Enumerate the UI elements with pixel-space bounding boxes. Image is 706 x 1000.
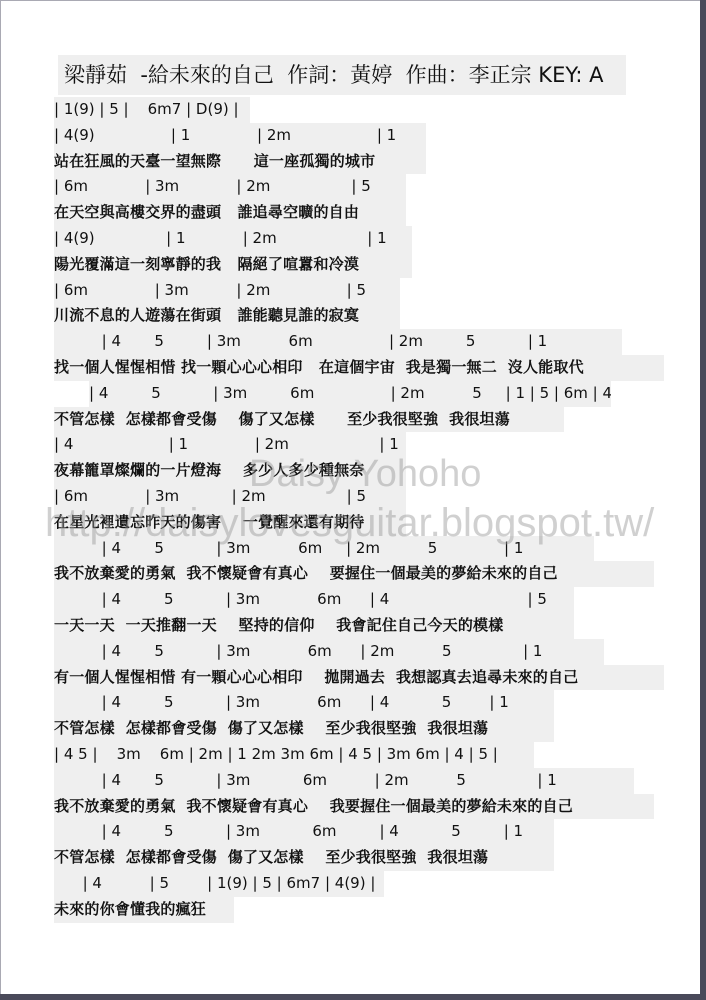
chord-line: | 4 | 1 | 2m | 1 [54, 432, 406, 458]
chord-line: | 4 5 | 3m 6m | 2m 5 | 1 [54, 768, 634, 794]
lyric-line: 不管怎樣 怎樣都會受傷 傷了又怎樣 至少我很堅強 我很坦蕩 [54, 407, 564, 433]
lyric-line: 夜幕籠罩燦爛的一片燈海 多少人多少種無奈 [54, 458, 406, 484]
lyric-line: 我不放棄愛的勇氣 我不懷疑會有真心 我要握住一個最美的夢給未來的自己 [54, 794, 654, 820]
chord-line: | 4(9) | 1 | 2m | 1 [54, 123, 426, 149]
chord-sheet: | 1(9) | 5 | 6m7 | D(9) || 4(9) | 1 | 2m… [54, 97, 664, 923]
chord-line: | 4 5 | 3m 6m | 4 5 | 1 [54, 690, 554, 716]
lyric-line: 找一個人惺惺相惜 找一顆心心心相印 在這個宇宙 我是獨一無二 沒人能取代 [54, 355, 664, 381]
chord-line: | 4 5 | 3m 6m | 2m 5 | 1 [54, 536, 594, 562]
lyric-line: 在天空與高樓交界的盡頭 誰追尋空曠的自由 [54, 200, 406, 226]
document-page: 梁靜茹 -給未來的自己 作詞：黃婷 作曲：李正宗 KEY: A | 1(9) |… [0, 0, 700, 994]
page-shadow-bottom [0, 994, 706, 1000]
chord-line: | 4 5 | 3m 6m | 4 | 5 [54, 587, 574, 613]
lyric-line: 一天一天 一天推翻一天 堅持的信仰 我會記住自己今天的模樣 [54, 613, 574, 639]
chord-line: | 4 5 | 3m 6m | 2m 5 | 1 | 5 | 6m | 4 [89, 381, 611, 407]
lyric-line: 陽光覆滿這一刻寧靜的我 隔絕了喧囂和冷漠 [54, 252, 412, 278]
chord-line: | 1(9) | 5 | 6m7 | D(9) | [54, 97, 250, 123]
lyric-line: 川流不息的人遊蕩在街頭 誰能聽見誰的寂寞 [54, 303, 400, 329]
chord-line: | 6m | 3m | 2m | 5 [54, 484, 406, 510]
lyric-line: 有一個人惺惺相惜 有一顆心心心相印 拋開過去 我想認真去追尋未來的自己 [54, 665, 664, 691]
lyric-line: 不管怎樣 怎樣都會受傷 傷了又怎樣 至少我很堅強 我很坦蕩 [54, 845, 554, 871]
chord-line: | 4 5 | 3m 6m | 2m 5 | 1 [54, 329, 622, 355]
song-title: 梁靜茹 -給未來的自己 作詞：黃婷 作曲：李正宗 KEY: A [58, 55, 626, 95]
chord-line: | 4 5 | 3m 6m | 2m | 1 2m 3m 6m | 4 5 | … [54, 742, 534, 768]
chord-line: | 4(9) | 1 | 2m | 1 [54, 226, 412, 252]
lyric-line: 在星光裡遺忘昨天的傷害 一覺醒來還有期待 [54, 510, 406, 536]
lyric-line: 不管怎樣 怎樣都會受傷 傷了又怎樣 至少我很堅強 我很坦蕩 [54, 716, 554, 742]
chord-line: | 4 5 | 3m 6m | 4 5 | 1 [54, 819, 554, 845]
lyric-line: 未來的你會懂我的瘋狂 [54, 897, 234, 923]
lyric-line: 站在狂風的天臺一望無際 這一座孤獨的城市 [54, 149, 426, 175]
chord-line: | 4 | 5 | 1(9) | 5 | 6m7 | 4(9) | [54, 871, 384, 897]
page-shadow-right [700, 0, 706, 1000]
chord-line: | 4 5 | 3m 6m | 2m 5 | 1 [54, 639, 604, 665]
lyric-line: 我不放棄愛的勇氣 我不懷疑會有真心 要握住一個最美的夢給未來的自己 [54, 561, 654, 587]
chord-line: | 6m | 3m | 2m | 5 [54, 174, 406, 200]
chord-line: | 6m | 3m | 2m | 5 [54, 278, 400, 304]
